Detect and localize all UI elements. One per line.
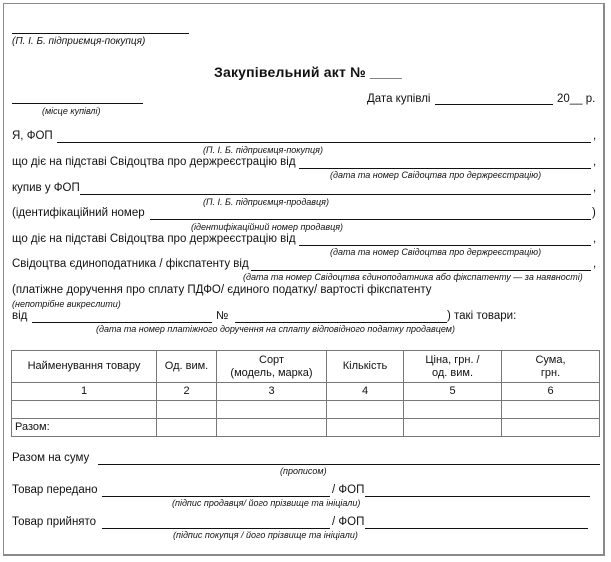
- buyer-signature-field[interactable]: [102, 528, 330, 529]
- comma: ,: [593, 258, 596, 270]
- sum-caption: (прописом): [280, 466, 327, 476]
- seller-id-field[interactable]: [150, 219, 591, 220]
- comma: ,: [593, 182, 596, 194]
- accepted-label: Товар прийнято: [12, 516, 96, 528]
- column-number: 3: [217, 383, 327, 401]
- comma: ,: [593, 130, 596, 142]
- payment-number-field[interactable]: [235, 322, 447, 323]
- place-field[interactable]: [12, 103, 143, 104]
- line8-number-sign: №: [216, 310, 228, 322]
- line5-label: що діє на підставі Свідоцтва про держреє…: [12, 233, 296, 245]
- line7-caption: (непотрібне викреслити): [12, 299, 121, 309]
- line3-caption: (П. І. Б. підприємця-продавця): [203, 197, 329, 207]
- total-price-cell[interactable]: [404, 419, 502, 437]
- document-title: Закупівельний акт № ____: [214, 64, 402, 80]
- header-cell-name: Найменування товару: [12, 351, 157, 383]
- goods-price-cell[interactable]: [404, 401, 502, 419]
- date-label: Дата купівлі: [367, 93, 430, 105]
- seller-registration-field[interactable]: [299, 245, 591, 246]
- line6-label: Свідоцтва єдиноподатника / фікспатенту в…: [12, 258, 249, 270]
- close-paren: ): [592, 207, 596, 219]
- comma: ,: [593, 156, 596, 168]
- table-row: [12, 401, 600, 419]
- goods-table: Найменування товару Од. вим. Сорт(модель…: [11, 350, 600, 437]
- handed-caption: (підпис продавця/ його прізвище та ініці…: [172, 498, 360, 508]
- total-unit-cell[interactable]: [157, 419, 217, 437]
- sum-in-words-field[interactable]: [98, 464, 600, 465]
- line4-caption: (ідентифікаційний номер продавця): [191, 222, 343, 232]
- column-number: 6: [502, 383, 600, 401]
- column-number: 5: [404, 383, 502, 401]
- single-tax-certificate-field[interactable]: [251, 270, 591, 271]
- goods-sum-cell[interactable]: [502, 401, 600, 419]
- goods-grade-cell[interactable]: [217, 401, 327, 419]
- line4-label: (ідентифікаційний номер: [12, 207, 145, 219]
- sum-label: Разом на суму: [12, 452, 89, 464]
- seller-name-field[interactable]: [365, 496, 590, 497]
- buyer-name-field[interactable]: [365, 528, 588, 529]
- header-cell-price: Ціна, грн. /од. вим.: [404, 351, 502, 383]
- seller-signature-field[interactable]: [102, 496, 330, 497]
- seller-fop-field[interactable]: [80, 194, 591, 195]
- header-cell-grade: Сорт(модель, марка): [217, 351, 327, 383]
- column-number: 4: [327, 383, 404, 401]
- accepted-caption: (підпис покупця / його прізвище та ініці…: [173, 530, 358, 540]
- date-field[interactable]: [435, 104, 553, 105]
- goods-name-cell[interactable]: [12, 401, 157, 419]
- table-header-row: Найменування товару Од. вим. Сорт(модель…: [12, 351, 600, 383]
- line3-label: купив у ФОП: [12, 182, 80, 194]
- line7-text: (платіжне доручення про сплату ПДФО/ єди…: [12, 284, 432, 296]
- total-grade-cell[interactable]: [217, 419, 327, 437]
- total-label: Разом:: [12, 419, 157, 437]
- table-total-row: Разом:: [12, 419, 600, 437]
- line8-caption: (дата та номер платіжного доручення на с…: [96, 324, 455, 334]
- payment-date-field[interactable]: [32, 322, 212, 323]
- year-label: 20__ р.: [557, 93, 595, 105]
- header-cell-unit: Од. вим.: [157, 351, 217, 383]
- table-number-row: 1 2 3 4 5 6: [12, 383, 600, 401]
- line1-label: Я, ФОП: [12, 130, 53, 142]
- accepted-fop-label: / ФОП: [332, 516, 364, 528]
- line1-caption: (П. І. Б. підприємця-покупця): [203, 145, 323, 155]
- line8-tail: ) такі товари:: [447, 310, 516, 322]
- line6-caption: (дата та номер Свідоцтва єдиноподатника …: [243, 272, 583, 282]
- place-caption: (місце купівлі): [42, 106, 101, 116]
- buyer-fop-field[interactable]: [57, 142, 591, 143]
- comma: ,: [593, 233, 596, 245]
- line8-label: від: [12, 310, 27, 322]
- buyer-caption: (П. І. Б. підприємця-покупця): [12, 36, 145, 47]
- column-number: 2: [157, 383, 217, 401]
- header-cell-quantity: Кількість: [327, 351, 404, 383]
- total-quantity-cell[interactable]: [327, 419, 404, 437]
- buyer-registration-field[interactable]: [299, 168, 591, 169]
- line2-label: що діє на підставі Свідоцтва про держреє…: [12, 156, 296, 168]
- handed-fop-label: / ФОП: [332, 484, 364, 496]
- handed-label: Товар передано: [12, 484, 98, 496]
- line5-caption: (дата та номер Свідоцтва про держреєстра…: [330, 247, 541, 257]
- header-cell-sum: Сума,грн.: [502, 351, 600, 383]
- goods-unit-cell[interactable]: [157, 401, 217, 419]
- total-sum-cell[interactable]: [502, 419, 600, 437]
- buyer-name-field[interactable]: [12, 33, 189, 34]
- goods-quantity-cell[interactable]: [327, 401, 404, 419]
- column-number: 1: [12, 383, 157, 401]
- line2-caption: (дата та номер Свідоцтва про держреєстра…: [330, 170, 541, 180]
